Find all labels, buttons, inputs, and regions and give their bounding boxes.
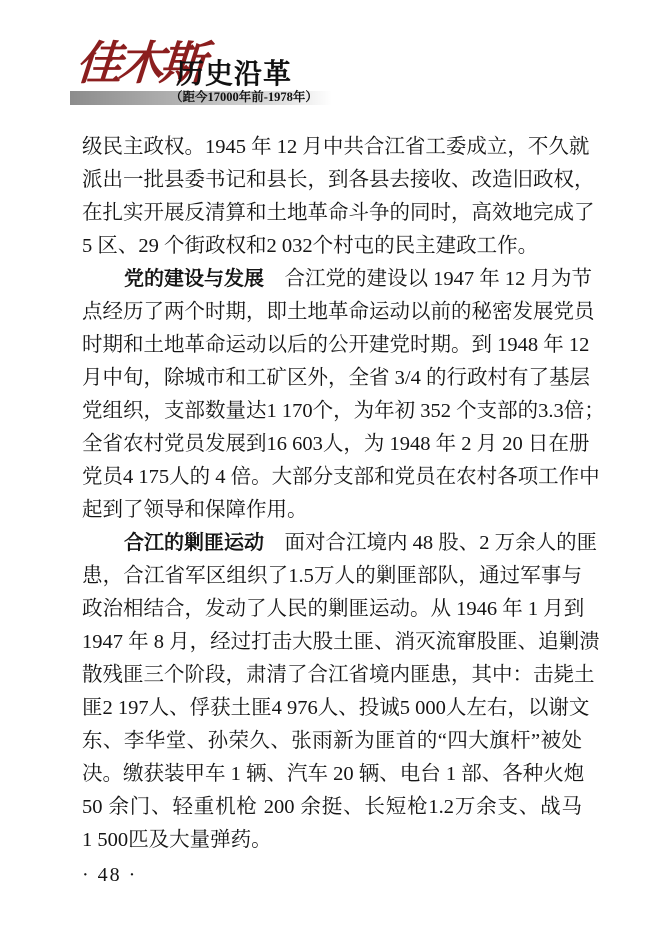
text-line: 合江的剿匪运动 面对合江境内 48 股、2 万余人的匪: [82, 527, 582, 560]
text-line: 党员4 175人的 4 倍。大部分支部和党员在农村各项工作中: [82, 461, 582, 494]
text-line: 在扎实开展反清算和土地革命斗争的同时，高效地完成了: [82, 197, 582, 230]
text-line: 散残匪三个阶段，肃清了合江省境内匪患，其中：击毙土: [82, 659, 582, 692]
paragraph-bandit-suppression: 合江的剿匪运动 面对合江境内 48 股、2 万余人的匪 患，合江省军区组织了1.…: [82, 527, 582, 857]
text-line: 起到了领导和保障作用。: [82, 494, 582, 527]
text-run: 合江党的建设以 1947 年 12 月为节: [264, 268, 592, 290]
text-line: 派出一批县委书记和县长，到各县去接收、改造旧政权，: [82, 164, 582, 197]
text-line: 患，合江省军区组织了1.5万人的剿匪部队，通过军事与: [82, 560, 582, 593]
book-page: { "header": { "logo_calligraphy": "佳木斯",…: [0, 0, 661, 945]
text-line: 政治相结合，发动了人民的剿匪运动。从 1946 年 1 月到: [82, 593, 582, 626]
text-line: 1 500匹及大量弹药。: [82, 824, 582, 857]
text-line: 5 区、29 个街政权和2 032个村屯的民主建政工作。: [82, 230, 582, 263]
book-title: 历史沿革: [176, 60, 292, 88]
text-line: 时期和土地革命运动以后的公开建党时期。到 1948 年 12: [82, 329, 582, 362]
text-line: 党组织，支部数量达1 170个，为年初 352 个支部的3.3倍；: [82, 395, 582, 428]
subtitle-gradient-bar: （距今17000年前-1978年）: [70, 91, 332, 105]
paragraph-lead-heading: 党的建设与发展: [124, 268, 264, 290]
text-line: 东、李华堂、孙荣久、张雨新为匪首的“四大旗杆”被处: [82, 725, 582, 758]
page-text-block: 级民主政权。1945 年 12 月中共合江省工委成立，不久就 派出一批县委书记和…: [82, 131, 582, 857]
text-line: 匪2 197人、俘获土匪4 976人、投诚5 000人左右，以谢文: [82, 692, 582, 725]
paragraph-lead-heading: 合江的剿匪运动: [124, 532, 264, 554]
text-line: 级民主政权。1945 年 12 月中共合江省工委成立，不久就: [82, 131, 582, 164]
paragraph-continuation: 级民主政权。1945 年 12 月中共合江省工委成立，不久就 派出一批县委书记和…: [82, 131, 582, 263]
text-line: 月中旬，除城市和工矿区外，全省 3/4 的行政村有了基层: [82, 362, 582, 395]
text-run: 面对合江境内 48 股、2 万余人的匪: [264, 532, 597, 554]
page-number: · 48 ·: [82, 864, 137, 887]
text-line: 党的建设与发展 合江党的建设以 1947 年 12 月为节: [82, 263, 582, 296]
book-subtitle-date-range: （距今17000年前-1978年）: [170, 90, 318, 105]
text-line: 50 余门、轻重机枪 200 余挺、长短枪1.2万余支、战马: [82, 791, 582, 824]
text-line: 点经历了两个时期，即土地革命运动以前的秘密发展党员: [82, 296, 582, 329]
text-line: 全省农村党员发展到16 603人，为 1948 年 2 月 20 日在册: [82, 428, 582, 461]
paragraph-party-building: 党的建设与发展 合江党的建设以 1947 年 12 月为节 点经历了两个时期，即…: [82, 263, 582, 527]
text-line: 1947 年 8 月，经过打击大股土匪、消灭流窜股匪、追剿溃: [82, 626, 582, 659]
text-line: 决。缴获装甲车 1 辆、汽车 20 辆、电台 1 部、各种火炮: [82, 758, 582, 791]
